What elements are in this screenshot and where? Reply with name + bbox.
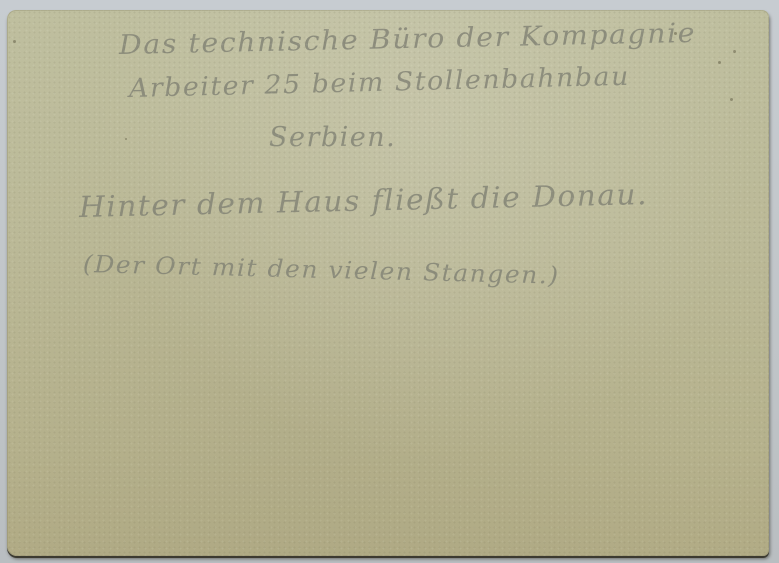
photo-card-back: Das technische Büro der Kompagnie Arbeit… <box>7 10 769 556</box>
inscription-line-1: Das technische Büro der Kompagnie <box>119 18 697 61</box>
paper-speck <box>733 50 736 53</box>
paper-speck <box>13 40 16 43</box>
paper-speck <box>718 61 721 64</box>
paper-speck <box>674 32 677 35</box>
paper-speck <box>730 98 733 101</box>
inscription-line-5: (Der Ort mit den vielen Stangen.) <box>83 250 560 290</box>
inscription-line-2: Arbeiter 25 beim Stollenbahnbau <box>129 62 631 104</box>
paper-speck <box>125 138 127 140</box>
inscription-line-4: Hinter dem Haus fließt die Donau. <box>79 177 649 224</box>
inscription-line-3: Serbien. <box>269 122 396 153</box>
